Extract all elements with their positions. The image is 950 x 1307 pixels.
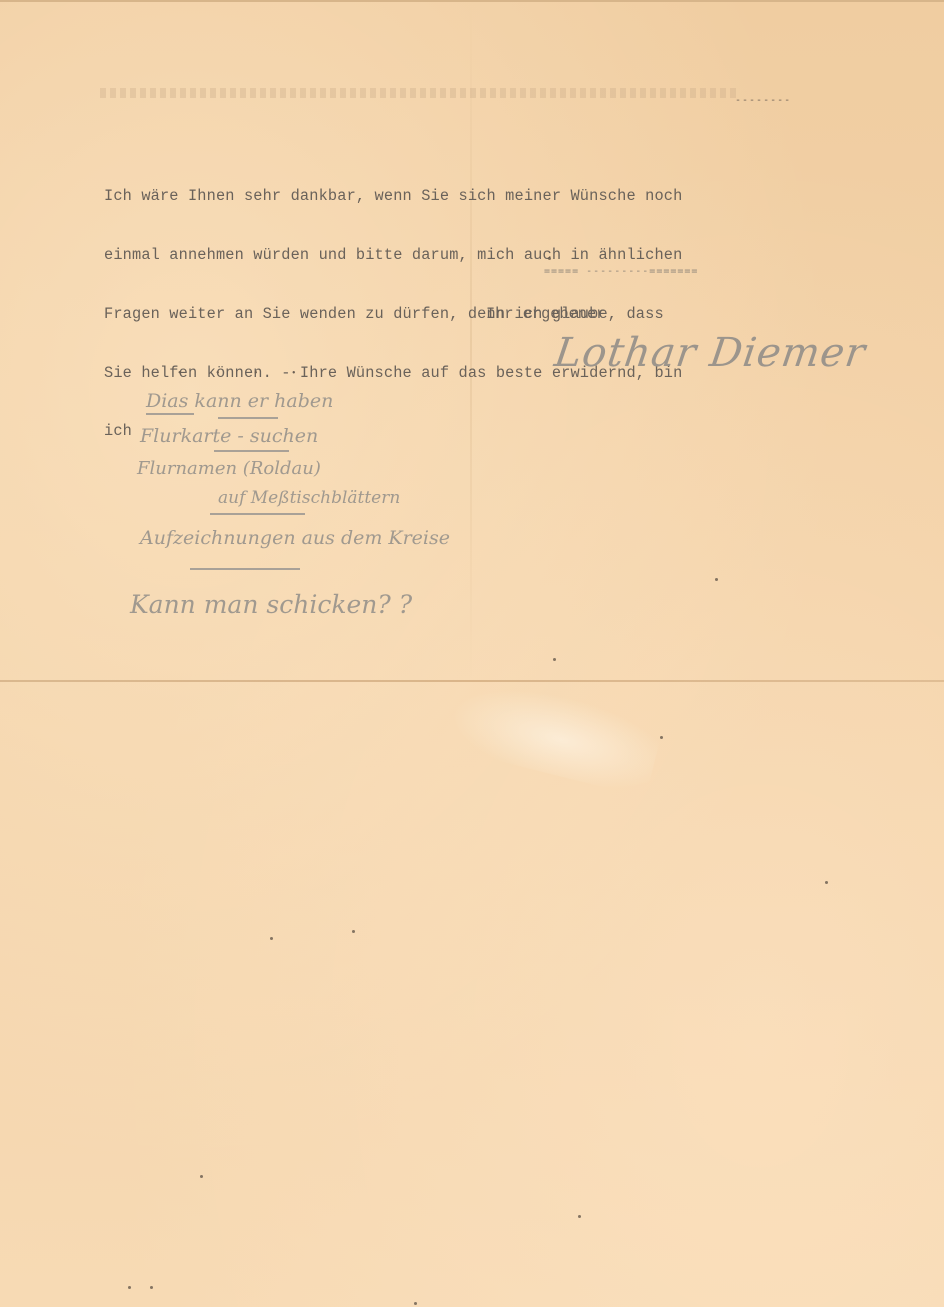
paper-crease [413, 652, 668, 797]
scanned-letter-page: -------- Ich wäre Ihnen sehr dankbar, we… [0, 0, 950, 1307]
pencil-underline [218, 417, 278, 419]
handwritten-note: auf Meßtischblättern [218, 488, 400, 508]
paper-speck [548, 257, 551, 260]
handwritten-note: Aufzeichnungen aus dem Kreise [140, 527, 450, 549]
paper-speck [414, 1302, 417, 1305]
paper-speck [352, 930, 355, 933]
body-line: Ich wäre Ihnen sehr dankbar, wenn Sie si… [104, 187, 864, 207]
struck-out-line: ===== ---------======= [544, 266, 698, 277]
paper-speck [128, 1286, 131, 1289]
paper-speck [150, 1286, 153, 1289]
header-marks: -------- [735, 95, 791, 106]
paper-speck [578, 1215, 581, 1218]
paper-speck [200, 1175, 203, 1178]
pencil-underline [210, 513, 305, 515]
pencil-underline [146, 413, 194, 415]
paper-speck [270, 937, 273, 940]
handwritten-note: Flurkarte - suchen [140, 425, 318, 447]
body-line: einmal annehmen würden und bitte darum, … [104, 246, 864, 266]
letter-closing: Ihr ergebener [486, 305, 605, 323]
faded-heading-bleedthrough [100, 88, 740, 98]
handwritten-note: Dias kann er haben [146, 390, 333, 412]
pencil-underline [190, 568, 300, 570]
body-line: Fragen weiter an Sie wenden zu dürfen, d… [104, 305, 864, 325]
paper-speck [825, 881, 828, 884]
handwritten-note: Flurnamen (Roldau) [137, 458, 321, 479]
paper-speck [553, 658, 556, 661]
pencil-underline [214, 450, 289, 452]
pencil-dots: • • • • [178, 368, 312, 379]
scan-margin [944, 0, 950, 1307]
signature: Lothar Diemer [552, 330, 869, 376]
paper-speck [715, 578, 718, 581]
paper-speck [660, 736, 663, 739]
paper-top-edge [0, 0, 950, 2]
handwritten-note: Kann man schicken? ? [130, 590, 412, 619]
